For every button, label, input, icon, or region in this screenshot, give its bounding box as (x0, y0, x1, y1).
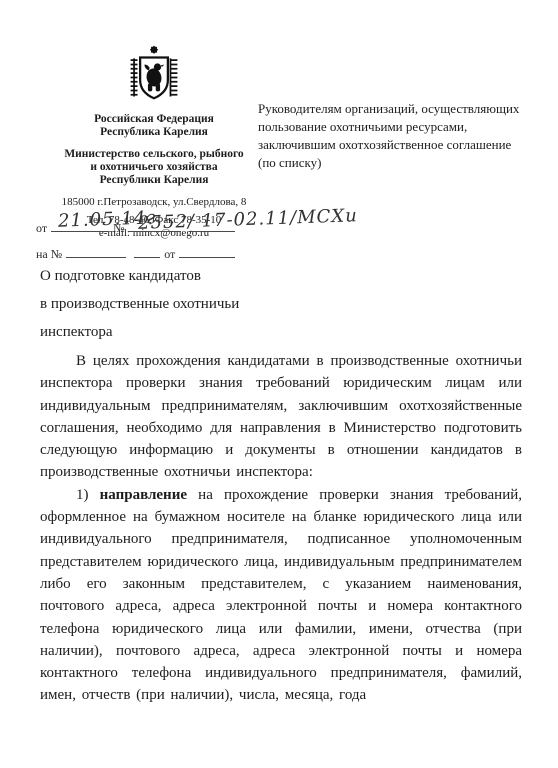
document-page: Российская Федерация Республика Карелия … (0, 0, 558, 768)
recipient-line: Руководителям организаций, осуществляющи… (258, 100, 530, 118)
subject-line: О подготовке кандидатов (40, 262, 280, 290)
recipient-block: Руководителям организаций, осуществляющи… (258, 100, 530, 172)
reply-from-label: от (164, 247, 175, 261)
letterhead-ministry-line2: и охотничьего хозяйства (30, 161, 278, 174)
outgoing-ref-row: от№ 21.05.14г 2552/ 17-02.11/МСХи (36, 220, 386, 242)
item-number: 1) (76, 487, 89, 503)
reply-label: на № (36, 247, 62, 261)
blank-line (134, 246, 160, 258)
blank-line (66, 246, 126, 258)
recipient-line: заключившим охотхозяйственное соглашение (258, 136, 530, 154)
reference-block: от№ 21.05.14г 2552/ 17-02.11/МСХи на №от (36, 220, 386, 268)
subject-line: в производственные охотничьи (40, 290, 280, 318)
blank-line (179, 246, 235, 258)
karelia-coat-of-arms-icon (30, 44, 278, 109)
recipient-line: (по списку) (258, 154, 530, 172)
body-paragraph-1: В целях прохождения кандидатами в произв… (40, 350, 522, 484)
letterhead-ministry-line3: Республики Карелия (30, 174, 278, 187)
recipient-line: пользование охотничьими ресурсами, (258, 118, 530, 136)
letterhead-country: Российская Федерация (30, 113, 278, 126)
subject-block: О подготовке кандидатов в производственн… (40, 262, 280, 346)
letterhead-republic: Республика Карелия (30, 126, 278, 139)
letterhead-ministry-line1: Министерство сельского, рыбного (30, 148, 278, 161)
body-paragraph-2: 1) направление на прохождение проверки з… (40, 484, 522, 707)
letter-body: В целях прохождения кандидатами в произв… (40, 350, 522, 707)
from-label: от (36, 221, 47, 235)
item-text: на прохождение проверки знания требовани… (40, 487, 522, 704)
subject-line: инспектора (40, 318, 280, 346)
item-keyword: направление (100, 487, 187, 503)
